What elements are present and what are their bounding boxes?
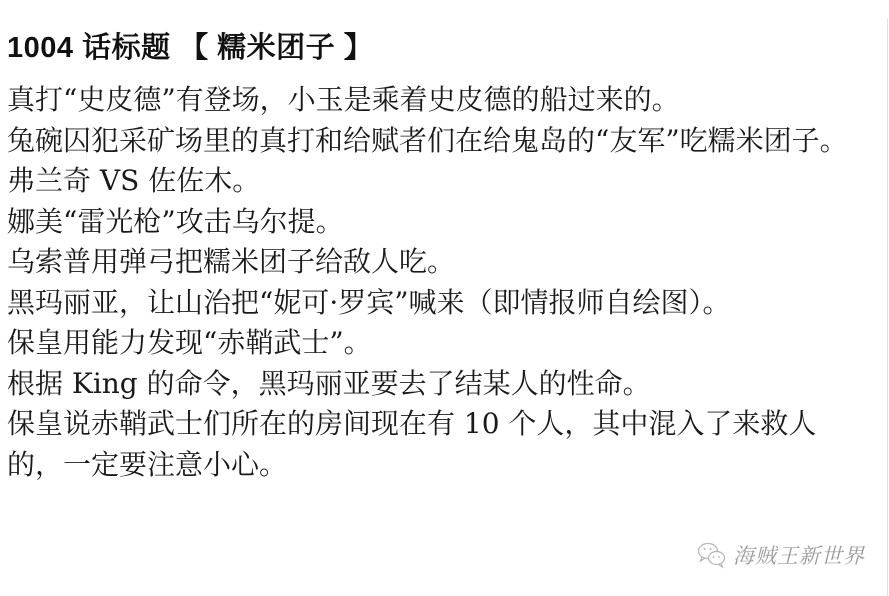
- summary-line: 兔碗囚犯采矿场里的真打和给赋者们在给鬼岛的“友军”吃糯米团子。: [7, 121, 857, 162]
- document-page: 1004 话标题 【 糯米团子 】 真打“史皮德”有登场，小玉是乘着史皮德的船过…: [0, 0, 889, 596]
- wechat-icon: [697, 541, 727, 569]
- summary-line: 保皇用能力发现“赤鞘武士”。: [7, 323, 867, 364]
- chapter-summary: 真打“史皮德”有登场，小玉是乘着史皮德的船过来的。 兔碗囚犯采矿场里的真打和给赋…: [7, 80, 867, 485]
- summary-line: 娜美“雷光枪”攻击乌尔提。: [7, 202, 867, 243]
- summary-line: 乌索普用弹弓把糯米团子给敌人吃。: [7, 242, 867, 283]
- page-divider: [887, 18, 888, 596]
- watermark: 海贼王新世界: [697, 537, 865, 573]
- watermark-text: 海贼王新世界: [733, 540, 865, 570]
- summary-line: 根据 King 的命令，黑玛丽亚要去了结某人的性命。: [7, 364, 867, 405]
- summary-line: 保皇说赤鞘武士们所在的房间现在有 10 个人，其中混入了来救人的，一定要注意小心…: [7, 404, 857, 485]
- summary-line: 黑玛丽亚，让山治把“妮可·罗宾”喊来（即情报师自绘图）。: [7, 283, 867, 324]
- chapter-title: 1004 话标题 【 糯米团子 】: [7, 28, 373, 68]
- summary-line: 弗兰奇 VS 佐佐木。: [7, 161, 867, 202]
- summary-line: 真打“史皮德”有登场，小玉是乘着史皮德的船过来的。: [7, 80, 867, 121]
